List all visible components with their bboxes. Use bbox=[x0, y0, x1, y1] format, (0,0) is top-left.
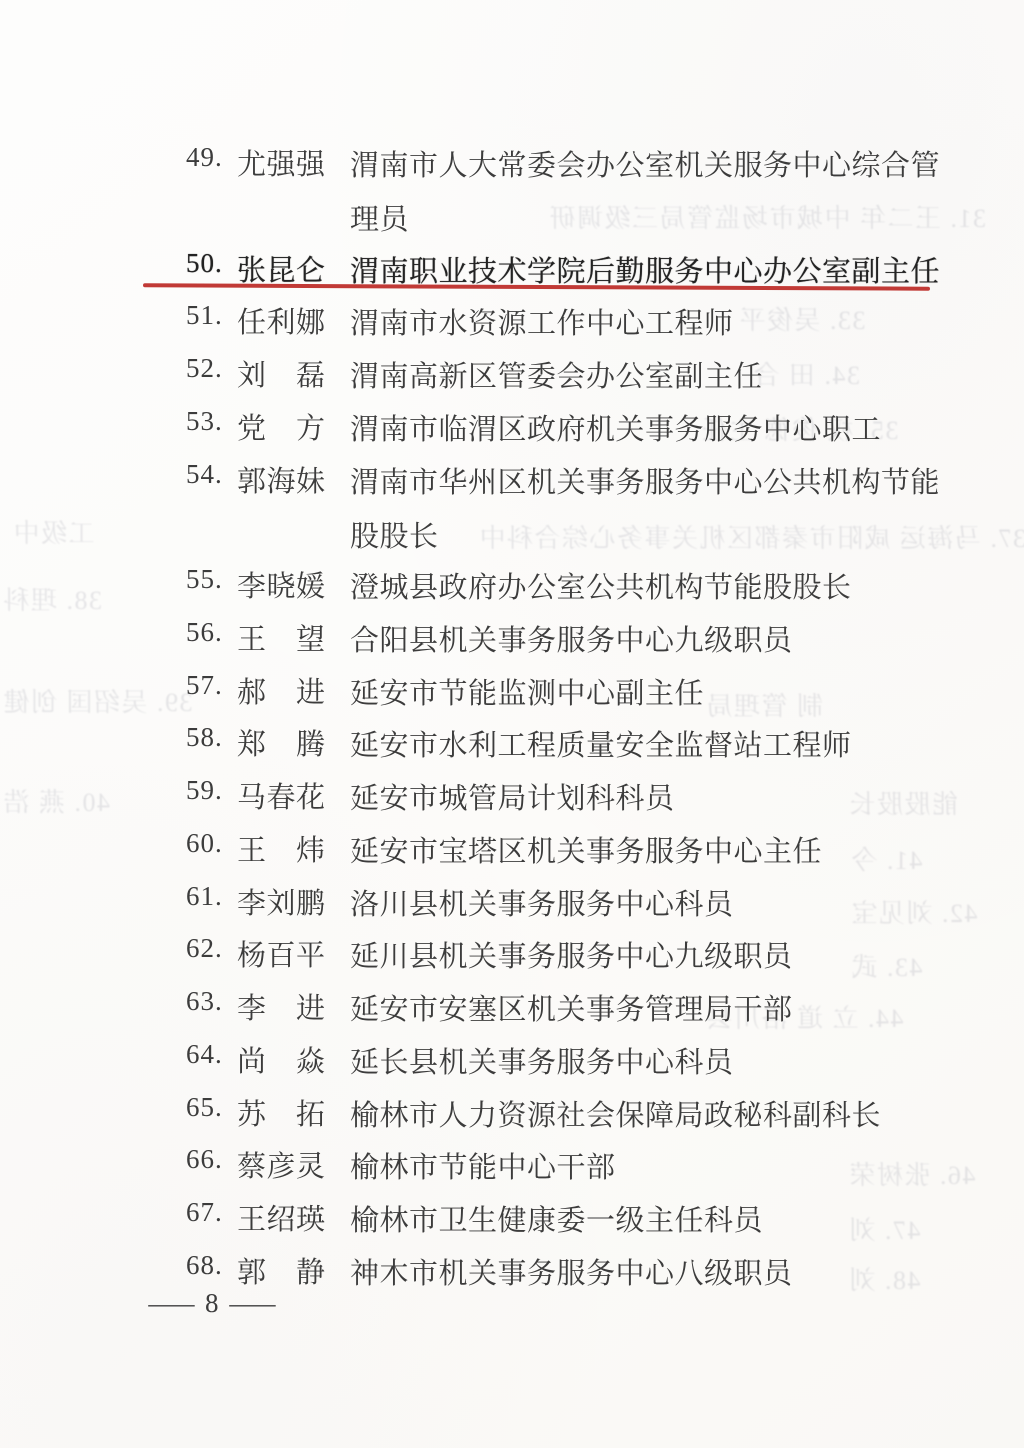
person-name: 郝 进 bbox=[237, 670, 326, 711]
person-title: 延长县机关事务服务中心科员 bbox=[350, 1040, 734, 1081]
list-item: 54.郭海妹渭南市华州区机关事务服务中心公共机构节能股股长 bbox=[0, 459, 1024, 499]
person-title: 洛川县机关事务服务中心科员 bbox=[350, 882, 734, 923]
person-title: 澄城县政府办公室公共机构节能股股长 bbox=[350, 565, 852, 606]
person-title: 渭南市水资源工作中心工程师 bbox=[350, 301, 734, 342]
list-item: 67.王绍瑛榆林市卫生健康委一级主任科员 bbox=[0, 1197, 1024, 1237]
item-number: 52. bbox=[186, 353, 223, 384]
item-number: 58. bbox=[186, 722, 223, 753]
person-name: 李 进 bbox=[237, 986, 326, 1027]
list-item: 50.张昆仑渭南职业技术学院后勤服务中心办公室副主任 bbox=[0, 248, 1024, 288]
person-title: 榆林市节能中心干部 bbox=[350, 1145, 616, 1186]
person-name: 党 方 bbox=[237, 406, 326, 447]
person-name: 王绍瑛 bbox=[237, 1197, 326, 1238]
person-name: 郑 腾 bbox=[237, 722, 326, 763]
bleedthrough-text: 37. 马海运 咸阳市秦都区机关事务心综合科中 bbox=[478, 518, 1024, 555]
list-item: 49.尤强强渭南市人大常委会办公室机关服务中心综合管理员 bbox=[0, 142, 1024, 182]
list-item: 52.刘 磊渭南高新区管委会办公室副主任 bbox=[0, 353, 1024, 393]
person-name: 任利娜 bbox=[237, 300, 326, 341]
list-item: 60.王 炜延安市宝塔区机关事务服务中心主任 bbox=[0, 828, 1024, 868]
person-title: 延川县机关事务服务中心九级职员 bbox=[350, 934, 793, 975]
person-name: 马春花 bbox=[237, 775, 326, 816]
person-name: 杨百平 bbox=[237, 933, 326, 974]
page-footer: — 8 — bbox=[158, 1288, 266, 1319]
person-name: 王 炜 bbox=[237, 828, 326, 869]
person-name: 蔡彦灵 bbox=[237, 1144, 326, 1185]
bleedthrough-text: 工级中 bbox=[12, 513, 95, 550]
list-item: 62.杨百平延川县机关事务服务中心九级职员 bbox=[0, 933, 1024, 973]
person-title: 榆林市人力资源社会保障局政秘科副科长 bbox=[350, 1093, 881, 1134]
list-item: 58.郑 腾延安市水利工程质量安全监督站工程师 bbox=[0, 722, 1024, 762]
item-number: 63. bbox=[186, 986, 223, 1017]
item-number: 54. bbox=[186, 459, 223, 490]
item-number: 50. bbox=[186, 248, 223, 279]
person-title: 延安市节能监测中心副主任 bbox=[350, 671, 704, 712]
list-item: 65.苏 拓榆林市人力资源社会保障局政秘科副科长 bbox=[0, 1092, 1024, 1132]
list-item: 59.马春花延安市城管局计划科科员 bbox=[0, 775, 1024, 815]
page-number: 8 bbox=[205, 1288, 219, 1319]
person-title: 榆林市卫生健康委一级主任科员 bbox=[350, 1198, 763, 1239]
person-name: 李晓媛 bbox=[237, 564, 326, 605]
list-item: 56.王 望合阳县机关事务服务中心九级职员 bbox=[0, 617, 1024, 657]
person-name: 郭 静 bbox=[237, 1250, 326, 1291]
item-number: 62. bbox=[186, 933, 223, 964]
person-title: 延安市城管局计划科科员 bbox=[350, 776, 675, 817]
person-title: 渭南市华州区机关事务服务中心公共机构节能 bbox=[350, 460, 940, 501]
person-name: 苏 拓 bbox=[237, 1092, 326, 1133]
person-name: 李刘鹏 bbox=[237, 881, 326, 922]
list-item: 57.郝 进延安市节能监测中心副主任 bbox=[0, 670, 1024, 710]
item-number: 51. bbox=[186, 300, 223, 331]
list-item: 51.任利娜渭南市水资源工作中心工程师 bbox=[0, 300, 1024, 340]
person-title: 合阳县机关事务服务中心九级职员 bbox=[350, 618, 793, 659]
list-item: 61.李刘鹏洛川县机关事务服务中心科员 bbox=[0, 881, 1024, 921]
person-title: 延安市安塞区机关事务管理局干部 bbox=[350, 987, 793, 1028]
person-title: 渭南职业技术学院后勤服务中心办公室副主任 bbox=[350, 249, 940, 290]
person-name: 王 望 bbox=[237, 617, 326, 658]
item-number: 57. bbox=[186, 670, 223, 701]
person-title: 神木市机关事务服务中心八级职员 bbox=[350, 1251, 793, 1292]
person-title: 渭南市人大常委会办公室机关服务中心综合管 bbox=[350, 143, 940, 184]
bleedthrough-text: 31. 王二年 中城市场监管局三级调研 bbox=[548, 198, 986, 235]
list-item: 68.郭 静神木市机关事务服务中心八级职员 bbox=[0, 1250, 1024, 1290]
item-number: 59. bbox=[186, 775, 223, 806]
list-item: 55.李晓媛澄城县政府办公室公共机构节能股股长 bbox=[0, 564, 1024, 604]
person-title: 延安市水利工程质量安全监督站工程师 bbox=[350, 723, 852, 764]
person-title: 渭南高新区管委会办公室副主任 bbox=[350, 354, 763, 395]
list-item: 63.李 进延安市安塞区机关事务管理局干部 bbox=[0, 986, 1024, 1026]
item-number: 68. bbox=[186, 1250, 223, 1281]
item-number: 61. bbox=[186, 881, 223, 912]
person-name: 张昆仑 bbox=[237, 248, 326, 289]
list-item: 53.党 方渭南市临渭区政府机关事务服务中心职工 bbox=[0, 406, 1024, 446]
person-title: 渭南市临渭区政府机关事务服务中心职工 bbox=[350, 407, 881, 448]
person-name: 郭海妹 bbox=[237, 459, 326, 500]
list-item: 64.尚 焱延长县机关事务服务中心科员 bbox=[0, 1039, 1024, 1079]
person-title-wrap: 理员 bbox=[350, 197, 409, 238]
list-item: 66.蔡彦灵榆林市节能中心干部 bbox=[0, 1144, 1024, 1184]
item-number: 55. bbox=[186, 564, 223, 595]
item-number: 64. bbox=[186, 1039, 223, 1070]
item-number: 53. bbox=[186, 406, 223, 437]
person-name: 刘 磊 bbox=[237, 353, 326, 394]
item-number: 67. bbox=[186, 1197, 223, 1228]
footer-dash-right: — bbox=[229, 1288, 275, 1319]
person-title: 延安市宝塔区机关事务服务中心主任 bbox=[350, 829, 822, 870]
person-title-wrap: 股股长 bbox=[350, 514, 439, 555]
item-number: 56. bbox=[186, 617, 223, 648]
item-number: 60. bbox=[186, 828, 223, 859]
footer-dash-left: — bbox=[149, 1288, 195, 1319]
item-number: 49. bbox=[186, 142, 223, 173]
document-page: 31. 王二年 中城市场监管局三级调研33. 吴俊平34. 田 合35. 权 俊… bbox=[0, 0, 1024, 1448]
person-name: 尚 焱 bbox=[237, 1039, 326, 1080]
item-number: 65. bbox=[186, 1092, 223, 1123]
person-name: 尤强强 bbox=[237, 142, 326, 183]
item-number: 66. bbox=[186, 1144, 223, 1175]
